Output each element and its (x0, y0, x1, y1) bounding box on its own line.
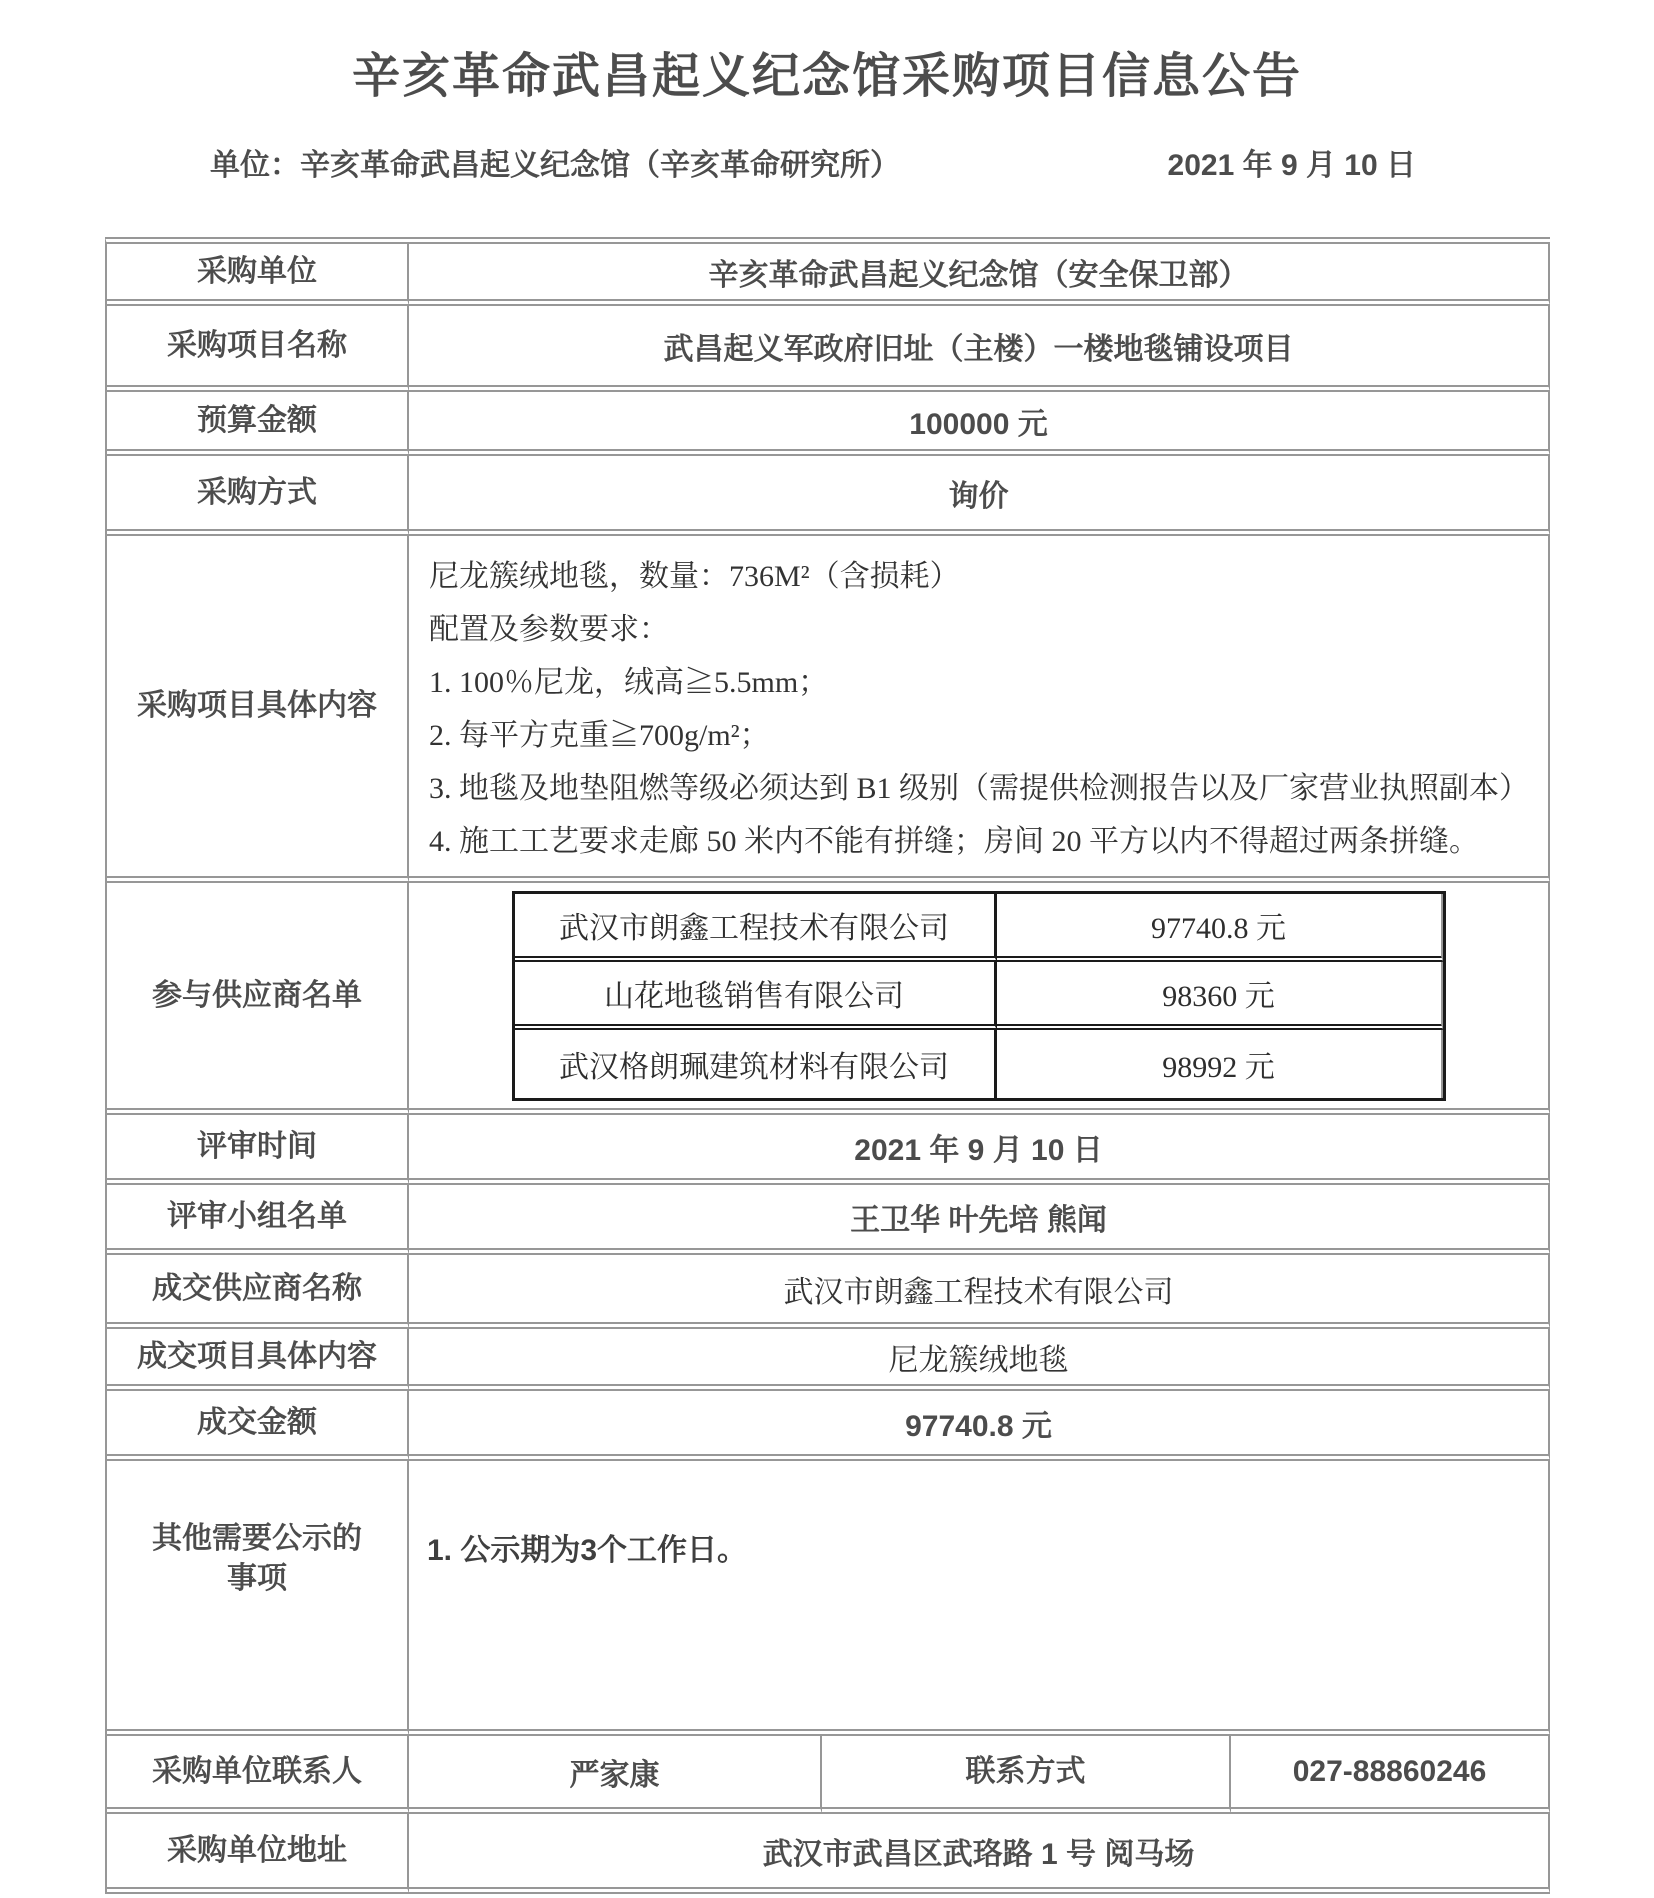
label-method: 采购方式 (107, 456, 409, 536)
row-deal-content: 成交项目具体内容 尼龙簇绒地毯 (107, 1329, 1550, 1391)
supplier-name: 武汉格朗珮建筑材料有限公司 (515, 1030, 997, 1098)
supplier-row: 山花地毯销售有限公司 98360 元 (515, 962, 1443, 1030)
value-project-details: 尼龙簇绒地毯，数量：736M²（含损耗） 配置及参数要求： 1. 100％尼龙，… (409, 536, 1550, 883)
detail-line-6: 4. 施工工艺要求走廊 50 米内不能有拼缝；房间 20 平方以内不得超过两条拼… (429, 815, 1538, 868)
row-suppliers: 参与供应商名单 武汉市朗鑫工程技术有限公司 97740.8 元 山花地毯销售有限… (107, 883, 1550, 1115)
row-review-panel: 评审小组名单 王卫华 叶先培 熊闻 (107, 1185, 1550, 1255)
detail-line-2: 配置及参数要求： (429, 603, 1538, 656)
label-deal-content: 成交项目具体内容 (107, 1329, 409, 1391)
value-winning-supplier: 武汉市朗鑫工程技术有限公司 (409, 1255, 1550, 1329)
detail-line-3: 1. 100％尼龙，绒高≧5.5mm； (429, 656, 1538, 709)
label-budget: 预算金额 (107, 392, 409, 456)
label-deal-amount: 成交金额 (107, 1391, 409, 1461)
value-address: 武汉市武昌区武珞路 1 号 阅马场 (409, 1814, 1550, 1894)
detail-line-4: 2. 每平方克重≧700g/m²； (429, 709, 1538, 762)
row-address: 采购单位地址 武汉市武昌区武珞路 1 号 阅马场 (107, 1814, 1550, 1894)
value-contact-phone: 027-88860246 (1231, 1736, 1550, 1814)
label-contact-person: 采购单位联系人 (107, 1736, 409, 1814)
label-winning-supplier: 成交供应商名称 (107, 1255, 409, 1329)
supplier-price: 98992 元 (997, 1030, 1443, 1098)
procurement-info-table: 采购单位 辛亥革命武昌起义纪念馆（安全保卫部） 采购项目名称 武昌起义军政府旧址… (105, 237, 1550, 1894)
value-deal-amount: 97740.8 元 (409, 1391, 1550, 1461)
supplier-price: 97740.8 元 (997, 894, 1443, 962)
value-purchasing-unit: 辛亥革命武昌起义纪念馆（安全保卫部） (409, 244, 1550, 306)
announcement-date: 2021 年 9 月 10 日 (1168, 145, 1416, 187)
supplier-name: 武汉市朗鑫工程技术有限公司 (515, 894, 997, 962)
row-budget: 预算金额 100000 元 (107, 392, 1550, 456)
row-method: 采购方式 询价 (107, 456, 1550, 536)
value-contact-name: 严家康 (409, 1736, 822, 1814)
label-review-panel: 评审小组名单 (107, 1185, 409, 1255)
page-title: 辛亥革命武昌起义纪念馆采购项目信息公告 (0, 45, 1654, 109)
value-method: 询价 (409, 456, 1550, 536)
row-winning-supplier: 成交供应商名称 武汉市朗鑫工程技术有限公司 (107, 1255, 1550, 1329)
value-deal-content: 尼龙簇绒地毯 (409, 1329, 1550, 1391)
label-project-details: 采购项目具体内容 (107, 536, 409, 883)
document-page: 辛亥革命武昌起义纪念馆采购项目信息公告 单位：辛亥革命武昌起义纪念馆（辛亥革命研… (0, 0, 1654, 1898)
row-purchasing-unit: 采购单位 辛亥革命武昌起义纪念馆（安全保卫部） (107, 244, 1550, 306)
label-project-name: 采购项目名称 (107, 306, 409, 392)
detail-line-5: 3. 地毯及地垫阻燃等级必须达到 B1 级别（需提供检测报告以及厂家营业执照副本… (429, 762, 1538, 815)
supplier-row: 武汉市朗鑫工程技术有限公司 97740.8 元 (515, 894, 1443, 962)
value-other-matters: 1. 公示期为3个工作日。 (409, 1461, 1550, 1736)
value-project-name: 武昌起义军政府旧址（主楼）一楼地毯铺设项目 (409, 306, 1550, 392)
row-project-details: 采购项目具体内容 尼龙簇绒地毯，数量：736M²（含损耗） 配置及参数要求： 1… (107, 536, 1550, 883)
detail-line-1: 尼龙簇绒地毯，数量：736M²（含损耗） (429, 550, 1538, 603)
issuing-unit-line: 单位：辛亥革命武昌起义纪念馆（辛亥革命研究所） (210, 145, 900, 187)
label-suppliers: 参与供应商名单 (107, 883, 409, 1115)
label-contact-method: 联系方式 (822, 1736, 1231, 1814)
label-other-matters: 其他需要公示的事项 (107, 1461, 409, 1736)
suppliers-cell: 武汉市朗鑫工程技术有限公司 97740.8 元 山花地毯销售有限公司 98360… (409, 883, 1550, 1115)
row-other-matters: 其他需要公示的事项 1. 公示期为3个工作日。 (107, 1461, 1550, 1736)
row-review-time: 评审时间 2021 年 9 月 10 日 (107, 1115, 1550, 1185)
value-budget: 100000 元 (409, 392, 1550, 456)
supplier-price: 98360 元 (997, 962, 1443, 1030)
supplier-name: 山花地毯销售有限公司 (515, 962, 997, 1030)
label-review-time: 评审时间 (107, 1115, 409, 1185)
label-address: 采购单位地址 (107, 1814, 409, 1894)
label-other-matters-text: 其他需要公示的事项 (146, 1519, 368, 1599)
row-deal-amount: 成交金额 97740.8 元 (107, 1391, 1550, 1461)
subtitle-row: 单位：辛亥革命武昌起义纪念馆（辛亥革命研究所） 2021 年 9 月 10 日 (0, 145, 1654, 187)
row-project-name: 采购项目名称 武昌起义军政府旧址（主楼）一楼地毯铺设项目 (107, 306, 1550, 392)
label-purchasing-unit: 采购单位 (107, 244, 409, 306)
row-contact: 采购单位联系人 严家康 联系方式 027-88860246 (107, 1736, 1550, 1814)
value-review-panel: 王卫华 叶先培 熊闻 (409, 1185, 1550, 1255)
supplier-row: 武汉格朗珮建筑材料有限公司 98992 元 (515, 1030, 1443, 1098)
suppliers-table: 武汉市朗鑫工程技术有限公司 97740.8 元 山花地毯销售有限公司 98360… (512, 891, 1446, 1101)
value-review-time: 2021 年 9 月 10 日 (409, 1115, 1550, 1185)
